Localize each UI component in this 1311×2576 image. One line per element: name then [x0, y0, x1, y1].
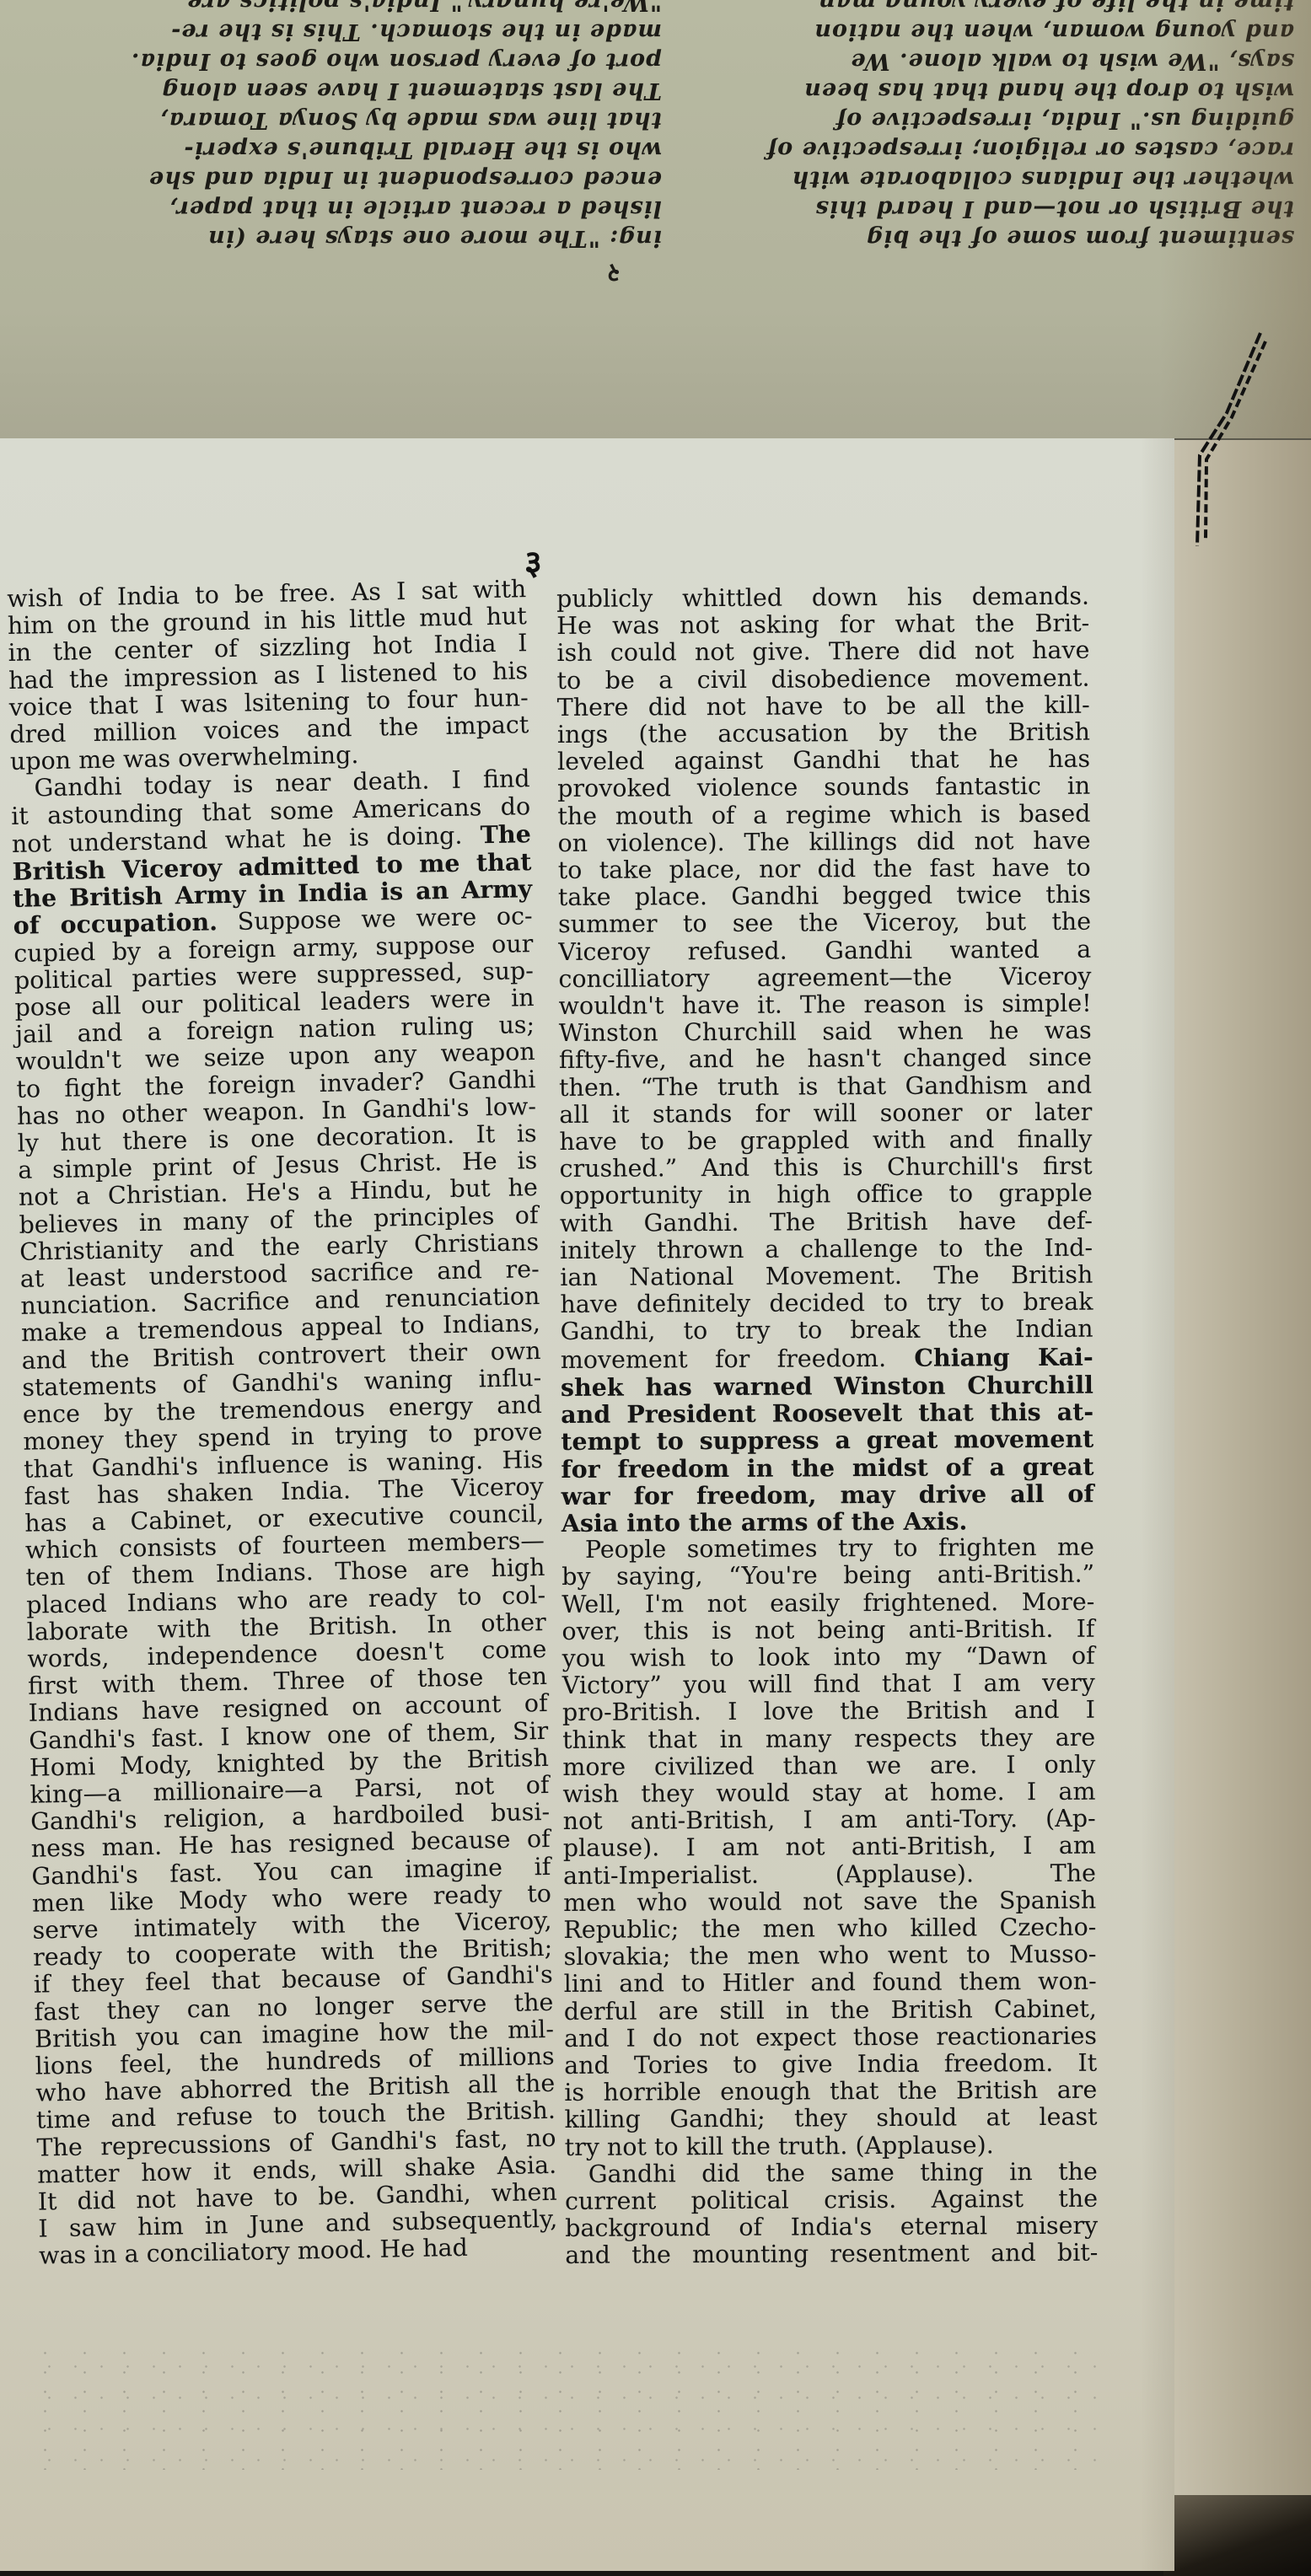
text-line: He was not asking for what the Brit- — [556, 610, 1089, 641]
line-text: on violence). The killings did not have — [558, 827, 1091, 857]
line-text: publicly whittled down his demands. — [556, 582, 1089, 613]
flap-line: who is the Herald Tribune's experi- — [72, 135, 662, 164]
text-line: war for freedom, may drive all of — [561, 1479, 1094, 1510]
line-text: concilliatory agreement—the Viceroy — [558, 963, 1091, 993]
line-text: Asia into the arms of the Axis. — [561, 1506, 968, 1538]
line-text: crushed.” And this is Churchill's first — [560, 1152, 1093, 1183]
line-text: then. “The truth is that Gandhism and — [559, 1071, 1092, 1101]
text-line: opportunity in high office to grapple — [560, 1180, 1093, 1210]
line-text: with Gandhi. The British have def- — [560, 1206, 1093, 1237]
bold-text: of occupation. — [13, 908, 218, 941]
flap-line: "We're hungry." India's politics are — [72, 0, 662, 17]
line-text: wouldn't have it. The reason is simple! — [559, 990, 1092, 1020]
text-line: fifty-five, and he hasn't changed since — [559, 1044, 1092, 1075]
text-column-left: wish of India to be free. As I sat withh… — [7, 576, 558, 2270]
flap-column-right: ing: "The more one stays here (inlished … — [72, 0, 662, 253]
line-text: more civilized than we are. I only — [562, 1750, 1095, 1780]
line-text: and I do not expect those reactionaries — [564, 2021, 1097, 2052]
text-line: not anti-British, I am anti-Tory. (Ap- — [563, 1806, 1096, 1836]
line-text: wish they would stay at home. I am — [562, 1778, 1095, 1808]
line-text: Well, I'm not easily frightened. More- — [561, 1587, 1094, 1618]
text-line: try not to kill the truth. (Applause). — [565, 2131, 1098, 2161]
text-line: anti-Imperialist. (Applause). The — [563, 1860, 1096, 1890]
page-edge-shadow — [1141, 438, 1174, 2571]
line-text: and Tories to give India freedom. It — [564, 2049, 1097, 2080]
text-line: and the mounting resentment and bit- — [565, 2240, 1098, 2270]
text-line: and Tories to give India freedom. It — [564, 2050, 1097, 2080]
text-line: to take place, nor did the fast have to — [558, 855, 1091, 885]
text-line: take place. Gandhi begged twice this — [558, 882, 1091, 912]
text-line: over, this is not being anti-British. If — [561, 1615, 1094, 1645]
text-column-right: publicly whittled down his demands.He wa… — [556, 583, 1098, 2270]
line-text: There did not have to be all the kill- — [557, 691, 1090, 722]
text-line: ish could not give. There did not have — [556, 637, 1089, 668]
line-text: anti-Imperialist. (Applause). The — [563, 1859, 1096, 1889]
flap-line: made in the stomach. This is the re- — [72, 17, 662, 46]
text-line: all it stands for will sooner or later — [559, 1099, 1092, 1130]
text-line: with Gandhi. The British have def- — [560, 1207, 1093, 1237]
text-line: killing Gandhi; they should at least — [564, 2104, 1097, 2134]
line-text: by saying, “You're being anti-British.” — [561, 1560, 1094, 1591]
text-line: on violence). The killings did not have — [558, 828, 1091, 858]
line-text: over, this is not being anti-British. If — [561, 1614, 1094, 1645]
text-line: slovakia; the men who went to Musso- — [563, 1941, 1096, 1972]
line-text: the mouth of a regime which is based — [557, 799, 1090, 829]
line-text: pro-British. I love the British and I — [562, 1696, 1095, 1726]
text-line: think that in many respects they are — [562, 1724, 1095, 1754]
text-line: publicly whittled down his demands. — [556, 583, 1089, 614]
line-text: Winston Churchill said when he was — [559, 1017, 1092, 1047]
text-line: concilliatory agreement—the Viceroy — [558, 963, 1091, 994]
text-line: ian National Movement. The British — [560, 1262, 1093, 1292]
line-text: think that in many respects they are — [562, 1723, 1095, 1753]
flap-page-number: २ — [607, 257, 621, 292]
text-line: Gandhi, to try to break the Indian — [561, 1316, 1093, 1346]
line-text: take place. Gandhi begged twice this — [558, 881, 1091, 911]
text-line: Asia into the arms of the Axis. — [561, 1507, 1094, 1538]
text-line: to be a civil disobedience movement. — [557, 664, 1090, 695]
line-text: Gandhi did the same thing in the — [588, 2157, 1098, 2187]
line-text: current political crisis. Against the — [565, 2185, 1098, 2215]
line-text: killing Gandhi; they should at least — [564, 2103, 1097, 2133]
line-text: background of India's eternal misery — [565, 2212, 1098, 2242]
line-text: lini and to Hitler and found them won- — [564, 1967, 1097, 1998]
line-text: fifty-five, and he hasn't changed since — [559, 1044, 1092, 1074]
text-line: wouldn't have it. The reason is simple! — [559, 990, 1092, 1021]
line-text: movement for freedom. — [561, 1344, 886, 1374]
line-text: Viceroy refused. Gandhi wanted a — [558, 935, 1091, 965]
print-speckle — [25, 2343, 1113, 2470]
text-line: movement for freedom. Chiang Kai- — [561, 1343, 1093, 1374]
flap-rotated-text: sentiment from some of the bigthe Britis… — [0, 0, 1311, 253]
flap-line: that line was made by Sonya Tomara, — [72, 105, 662, 135]
bold-text: Chiang Kai- — [886, 1342, 1093, 1371]
text-line: is horrible enough that the British are — [564, 2077, 1097, 2107]
text-line: Viceroy refused. Gandhi wanted a — [558, 936, 1091, 966]
line-text: you wish to look into my “Dawn of — [562, 1642, 1095, 1672]
text-line: ings (the accusation by the British — [557, 719, 1090, 749]
document-page: ३ wish of India to be free. As I sat wit… — [0, 438, 1174, 2571]
line-text: ian National Movement. The British — [560, 1261, 1093, 1291]
text-line: wish they would stay at home. I am — [562, 1779, 1095, 1809]
text-line: shek has warned Winston Churchill — [561, 1371, 1093, 1402]
line-text: slovakia; the men who went to Musso- — [563, 1940, 1096, 1971]
text-line: have definitely decided to try to break — [560, 1289, 1093, 1319]
flap-line: port of every person who goes to India. — [72, 46, 662, 76]
line-text: have definitely decided to try to break — [560, 1288, 1093, 1318]
text-line: have to be grappled with and finally — [559, 1126, 1092, 1157]
text-line: Well, I'm not easily frightened. More- — [561, 1588, 1094, 1618]
text-line: plause). I am not anti-British, I am — [563, 1833, 1096, 1863]
flap-line: The last statement I have seen along — [72, 76, 662, 105]
line-text: all it stands for will sooner or later — [559, 1098, 1092, 1129]
text-line: pro-British. I love the British and I — [562, 1697, 1095, 1727]
text-line: People sometimes try to frighten me — [561, 1534, 1094, 1564]
line-text: war for freedom, may drive all of — [561, 1479, 1094, 1510]
flap-line: ing: "The more one stays here (in — [72, 223, 662, 253]
text-line: more civilized than we are. I only — [562, 1751, 1095, 1781]
line-text: is horrible enough that the British are — [564, 2076, 1097, 2106]
text-line: lini and to Hitler and found them won- — [564, 1968, 1097, 1999]
text-line: and President Roosevelt that this at- — [561, 1398, 1093, 1429]
line-text: ings (the accusation by the British — [557, 718, 1090, 749]
text-line: by saying, “You're being anti-British.” — [561, 1561, 1094, 1591]
text-line: There did not have to be all the kill- — [557, 692, 1090, 722]
line-text: leveled against Gandhi that he has — [557, 745, 1090, 775]
line-text: summer to see the Viceroy, but the — [558, 908, 1091, 938]
text-line: Republic; the men who killed Czecho- — [563, 1914, 1096, 1945]
text-line: men who would not save the Spanish — [563, 1886, 1096, 1917]
text-line: initely thrown a challenge to the Ind- — [560, 1235, 1093, 1265]
text-line: Gandhi did the same thing in the — [565, 2158, 1098, 2188]
facing-page-flap: sentiment from some of the bigthe Britis… — [0, 0, 1311, 440]
line-text: initely thrown a challenge to the Ind- — [560, 1234, 1093, 1264]
line-text: People sometimes try to frighten me — [585, 1533, 1094, 1564]
text-line: current political crisis. Against the — [565, 2186, 1098, 2216]
pen-mark-icon — [1176, 329, 1269, 548]
text-line: Victory” you will find that I am very — [562, 1670, 1095, 1700]
line-text: Republic; the men who killed Czecho- — [563, 1913, 1096, 1944]
line-text: He was not asking for what the Brit- — [556, 609, 1089, 640]
text-line: background of India's eternal misery — [565, 2213, 1098, 2243]
line-text: plause). I am not anti-British, I am — [563, 1832, 1096, 1862]
flap-line: enced correspondent in India and she — [72, 164, 662, 194]
line-text: to take place, nor did the fast have to — [558, 854, 1091, 884]
line-text: Victory” you will find that I am very — [562, 1669, 1095, 1699]
text-line: for freedom in the midst of a great — [561, 1452, 1093, 1483]
text-line: leveled against Gandhi that he has — [557, 746, 1090, 776]
line-text: Gandhi, to try to break the Indian — [561, 1315, 1093, 1345]
text-line: crushed.” And this is Churchill's first — [560, 1153, 1093, 1183]
text-line: summer to see the Viceroy, but the — [558, 909, 1091, 939]
text-line: then. “The truth is that Gandhism and — [559, 1071, 1092, 1102]
text-line: provoked violence sounds fantastic in — [557, 773, 1090, 803]
background-shadow — [1163, 2495, 1311, 2576]
text-line: you wish to look into my “Dawn of — [562, 1643, 1095, 1673]
line-text: derful are still in the British Cabinet, — [564, 1994, 1097, 2025]
text-line: tempt to suppress a great movement — [561, 1425, 1093, 1456]
page-number: ३ — [524, 538, 542, 584]
line-text: men who would not save the Spanish — [563, 1886, 1096, 1916]
flap-line: lished a recent article in that paper, — [72, 194, 662, 223]
line-text: ish could not give. There did not have — [556, 636, 1089, 667]
text-line: the mouth of a regime which is based — [557, 800, 1090, 830]
line-text: to be a civil disobedience movement. — [557, 663, 1090, 694]
line-text: opportunity in high office to grapple — [560, 1179, 1093, 1210]
line-text: have to be grappled with and finally — [559, 1125, 1092, 1156]
text-line: Winston Churchill said when he was — [559, 1017, 1092, 1048]
text-line: and I do not expect those reactionaries — [564, 2022, 1097, 2053]
line-text: try not to kill the truth. (Applause). — [565, 2131, 994, 2161]
line-text: not anti-British, I am anti-Tory. (Ap- — [563, 1805, 1096, 1835]
bold-text: The — [462, 819, 531, 850]
line-text: and the mounting resentment and bit- — [565, 2239, 1098, 2269]
line-text: provoked violence sounds fantastic in — [557, 772, 1090, 802]
text-line: derful are still in the British Cabinet, — [564, 1995, 1097, 2026]
